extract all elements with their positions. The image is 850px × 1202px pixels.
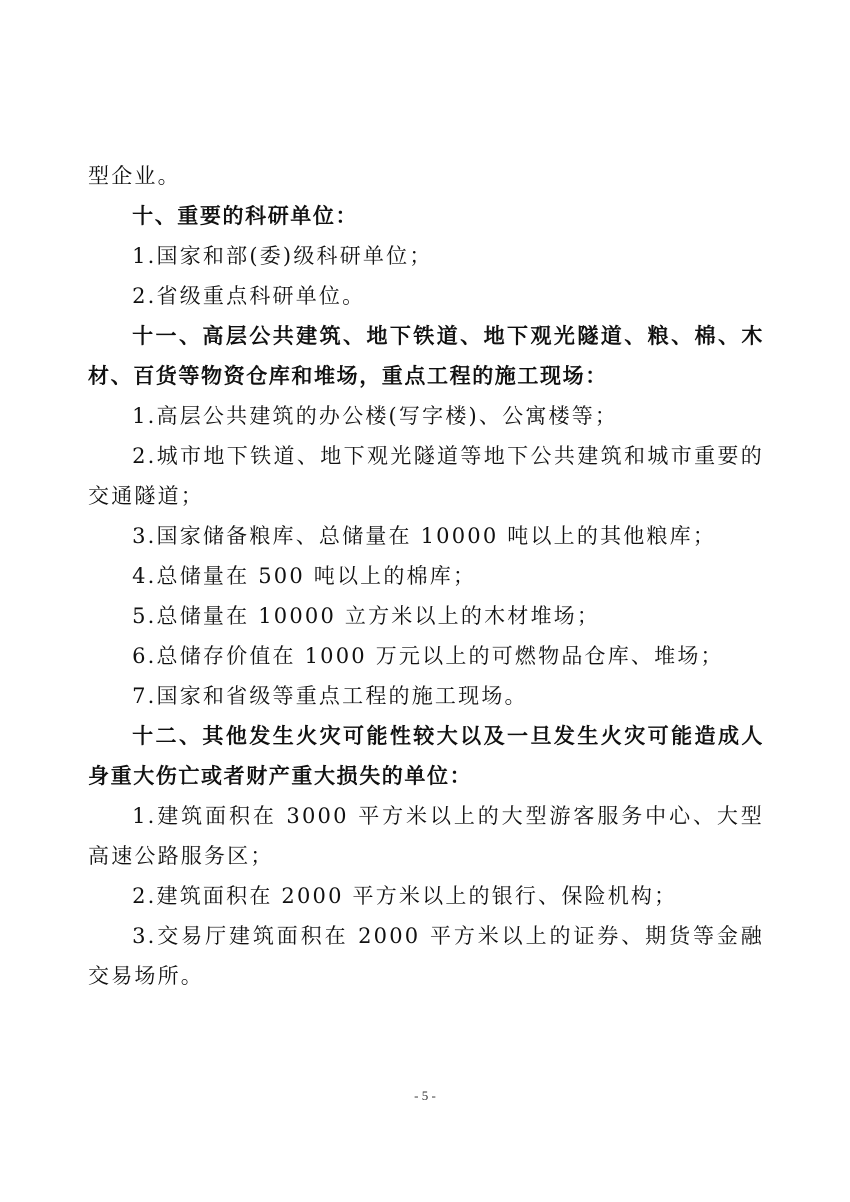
list-item: 3.交易厅建筑面积在 2000 平方米以上的证券、期货等金融交易场所。: [88, 916, 764, 996]
list-item: 4.总储量在 500 吨以上的棉库；: [88, 556, 764, 596]
section-heading-11: 十一、高层公共建筑、地下铁道、地下观光隧道、粮、棉、木材、百货等物资仓库和堆场，…: [88, 316, 764, 396]
list-item: 1.国家和部(委)级科研单位；: [88, 236, 764, 276]
paragraph-continuation: 型企业。: [88, 156, 764, 196]
list-item: 7.国家和省级等重点工程的施工现场。: [88, 676, 764, 716]
list-item: 1.高层公共建筑的办公楼(写字楼)、公寓楼等；: [88, 396, 764, 436]
document-page: 型企业。 十、重要的科研单位： 1.国家和部(委)级科研单位； 2.省级重点科研…: [88, 156, 764, 996]
list-item: 2.建筑面积在 2000 平方米以上的银行、保险机构；: [88, 876, 764, 916]
section-heading-10: 十、重要的科研单位：: [88, 196, 764, 236]
page-number: - 5 -: [0, 1088, 850, 1104]
list-item: 2.省级重点科研单位。: [88, 276, 764, 316]
list-item: 3.国家储备粮库、总储量在 10000 吨以上的其他粮库；: [88, 516, 764, 556]
list-item: 1.建筑面积在 3000 平方米以上的大型游客服务中心、大型高速公路服务区；: [88, 796, 764, 876]
section-heading-12: 十二、其他发生火灾可能性较大以及一旦发生火灾可能造成人身重大伤亡或者财产重大损失…: [88, 716, 764, 796]
list-item: 2.城市地下铁道、地下观光隧道等地下公共建筑和城市重要的交通隧道；: [88, 436, 764, 516]
list-item: 5.总储量在 10000 立方米以上的木材堆场；: [88, 596, 764, 636]
list-item: 6.总储存价值在 1000 万元以上的可燃物品仓库、堆场；: [88, 636, 764, 676]
